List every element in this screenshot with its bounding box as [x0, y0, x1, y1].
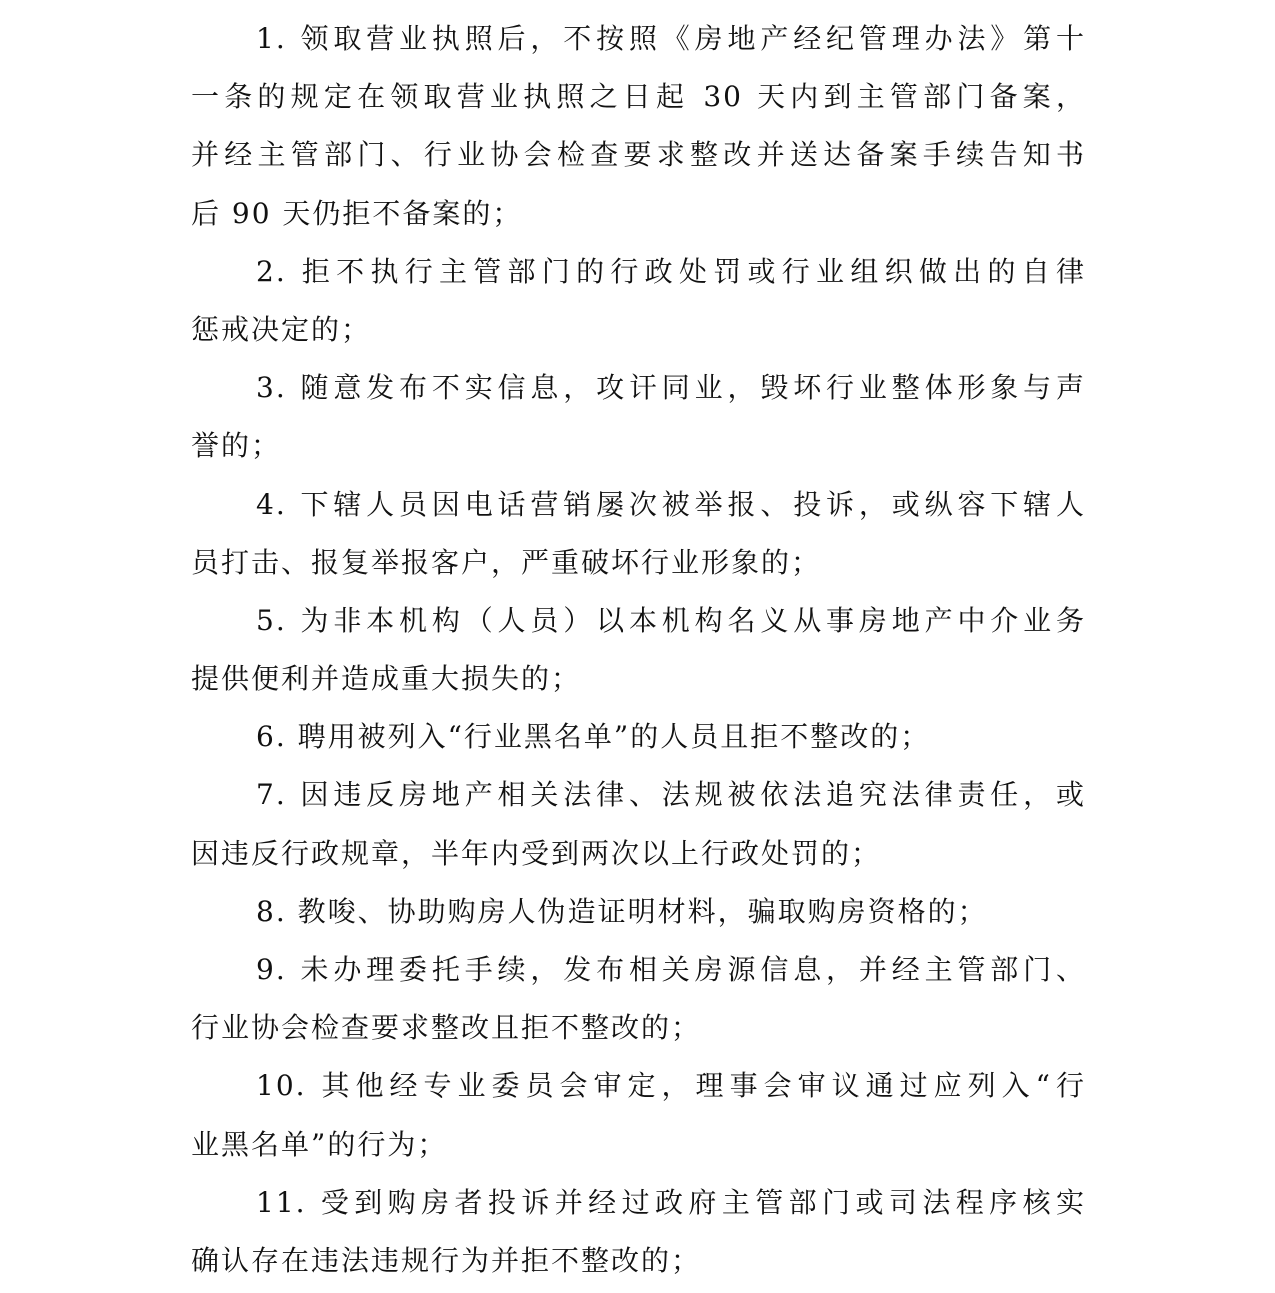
list-item-10: 10. 其他经专业委员会审定，理事会审议通过应列入“行 业黑名单”的行为； [191, 1057, 1086, 1173]
text-line: 5. 为非本机构（人员）以本机构名义从事房地产中介业务 [191, 592, 1086, 650]
text-line: 8. 教唆、协助购房人伪造证明材料，骗取购房资格的； [191, 883, 1086, 941]
text-line: 誉的； [191, 417, 1086, 475]
list-item-3: 3. 随意发布不实信息，攻讦同业，毁坏行业整体形象与声 誉的； [191, 359, 1086, 475]
text-line: 确认存在违法违规行为并拒不整改的； [191, 1232, 1086, 1290]
text-line: 提供便利并造成重大损失的； [191, 650, 1086, 708]
text-line: 惩戒决定的； [191, 301, 1086, 359]
text-line: 4. 下辖人员因电话营销屡次被举报、投诉，或纵容下辖人 [191, 476, 1086, 534]
list-item-5: 5. 为非本机构（人员）以本机构名义从事房地产中介业务 提供便利并造成重大损失的… [191, 592, 1086, 708]
list-item-9: 9. 未办理委托手续，发布相关房源信息，并经主管部门、 行业协会检查要求整改且拒… [191, 941, 1086, 1057]
list-item-2: 2. 拒不执行主管部门的行政处罚或行业组织做出的自律 惩戒决定的； [191, 243, 1086, 359]
text-line: 10. 其他经专业委员会审定，理事会审议通过应列入“行 [191, 1057, 1086, 1115]
list-item-11: 11. 受到购房者投诉并经过政府主管部门或司法程序核实 确认存在违法违规行为并拒… [191, 1174, 1086, 1290]
list-item-6: 6. 聘用被列入“行业黑名单”的人员且拒不整改的； [191, 708, 1086, 766]
text-line: 业黑名单”的行为； [191, 1116, 1086, 1174]
text-line: 行业协会检查要求整改且拒不整改的； [191, 999, 1086, 1057]
list-item-4: 4. 下辖人员因电话营销屡次被举报、投诉，或纵容下辖人 员打击、报复举报客户，严… [191, 476, 1086, 592]
list-item-7: 7. 因违反房地产相关法律、法规被依法追究法律责任，或 因违反行政规章，半年内受… [191, 766, 1086, 882]
text-line: 6. 聘用被列入“行业黑名单”的人员且拒不整改的； [191, 708, 1086, 766]
text-line: 7. 因违反房地产相关法律、法规被依法追究法律责任，或 [191, 766, 1086, 824]
text-line: 并经主管部门、行业协会检查要求整改并送达备案手续告知书 [191, 126, 1086, 184]
text-line: 3. 随意发布不实信息，攻讦同业，毁坏行业整体形象与声 [191, 359, 1086, 417]
list-item-8: 8. 教唆、协助购房人伪造证明材料，骗取购房资格的； [191, 883, 1086, 941]
text-line: 1. 领取营业执照后，不按照《房地产经纪管理办法》第十 [191, 10, 1086, 68]
text-line: 后 90 天仍拒不备案的； [191, 185, 1086, 243]
list-item-1: 1. 领取营业执照后，不按照《房地产经纪管理办法》第十 一条的规定在领取营业执照… [191, 10, 1086, 243]
text-line: 2. 拒不执行主管部门的行政处罚或行业组织做出的自律 [191, 243, 1086, 301]
text-line: 9. 未办理委托手续，发布相关房源信息，并经主管部门、 [191, 941, 1086, 999]
text-line: 因违反行政规章，半年内受到两次以上行政处罚的； [191, 825, 1086, 883]
text-line: 员打击、报复举报客户，严重破坏行业形象的； [191, 534, 1086, 592]
text-line: 11. 受到购房者投诉并经过政府主管部门或司法程序核实 [191, 1174, 1086, 1232]
text-line: 一条的规定在领取营业执照之日起 30 天内到主管部门备案， [191, 68, 1086, 126]
document-page: 1. 领取营业执照后，不按照《房地产经纪管理办法》第十 一条的规定在领取营业执照… [191, 10, 1086, 1290]
